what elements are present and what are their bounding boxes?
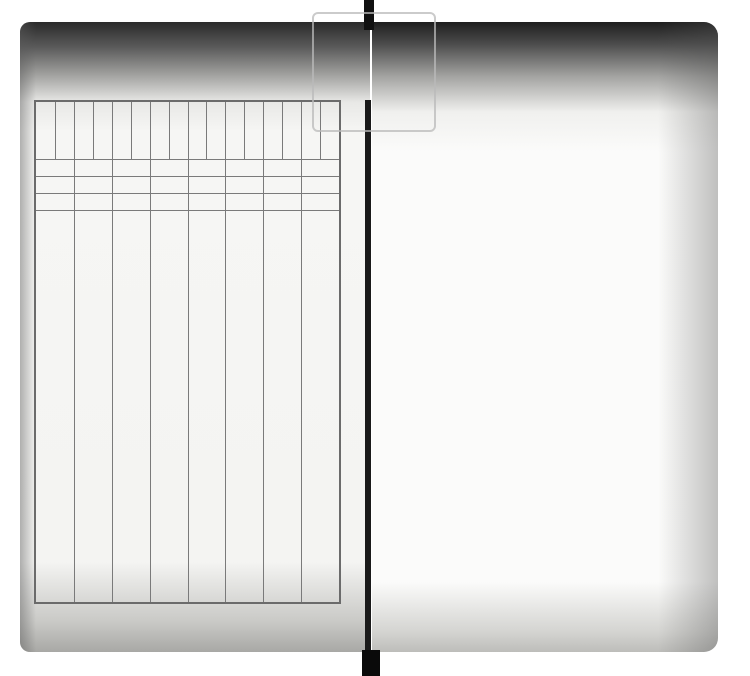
column-rule xyxy=(263,102,264,602)
half-column-rule xyxy=(131,102,132,159)
half-column-rule xyxy=(244,102,245,159)
half-column-rule xyxy=(93,102,94,159)
collector-seal xyxy=(312,12,436,132)
column-rule xyxy=(301,102,302,602)
band-rule xyxy=(36,193,339,194)
half-column-rule xyxy=(282,102,283,159)
half-column-rule xyxy=(206,102,207,159)
column-rule xyxy=(74,102,75,602)
band-rule xyxy=(36,176,339,177)
column-rule xyxy=(188,102,189,602)
book-spine xyxy=(365,100,371,660)
half-column-rule xyxy=(169,102,170,159)
ledger-grid xyxy=(34,100,341,604)
half-column-rule xyxy=(55,102,56,159)
column-rule xyxy=(150,102,151,602)
column-rule xyxy=(225,102,226,602)
band-rule xyxy=(36,210,339,211)
binding-tab-bottom xyxy=(362,650,380,676)
column-rule xyxy=(112,102,113,602)
band-rule xyxy=(36,159,339,160)
